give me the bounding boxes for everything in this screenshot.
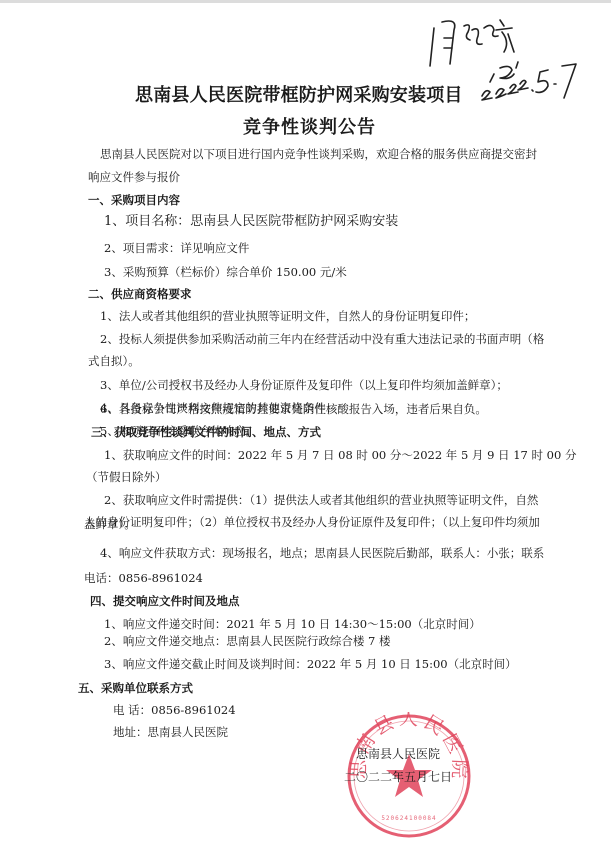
section-3-item-4: 4、响应文件获取方式：现场报名，地点；思南县人民医院后勤部，联系人：小张；联系: [100, 545, 544, 561]
contact-address: 地址：思南县人民医院: [113, 724, 228, 740]
section-2-item-2-cont: 式自拟）。: [88, 353, 140, 369]
section-3-item-4-cont: 电话：0856-8961024: [84, 570, 203, 586]
section-3-item-2: 2、获取响应文件时需提供：（1）提供法人或者其他组织的营业执照等证明文件，自然: [104, 492, 538, 508]
section-3-item-2-cont2: 盖鲜章）。: [84, 516, 136, 532]
intro-text-line-1: 思南县人民医院对以下项目进行国内竞争性谈判采购，欢迎合格的服务供应商提交密封: [100, 146, 537, 162]
section-1-item-2: 2、项目需求：详见响应文件: [104, 240, 249, 256]
section-3-heading: 三、获取竞争性谈判文件的时间、地点、方式: [91, 424, 321, 440]
document-title: 思南县人民医院带框防护网采购安装项目: [135, 81, 463, 107]
section-2-item-3: 3、单位/公司授权书及经办人身份证原件及复印件（以上复印件均须加盖鲜章）；: [100, 377, 508, 393]
section-4-item-1: 1、响应文件递交时间：2021 年 5 月 10 日 14:30～15:00（北…: [104, 616, 481, 632]
document-subtitle: 竞争性谈判公告: [243, 113, 376, 139]
section-3-item-2-cont: 人的身份证明复印件；（2）单位授权书及经办人身份证原件及复印件；（以上复印件均须…: [84, 514, 540, 530]
section-3-item-1: 1、获取响应文件的时间：2022 年 5 月 7 日 08 时 00 分～202…: [104, 447, 576, 463]
section-2-item-2: 2、投标人须提供参加采购活动前三年内在经营活动中没有重大违法记录的书面声明（格: [100, 331, 544, 347]
section-1-item-1: 1、项目名称：思南县人民医院带框防护网采购安装: [104, 214, 398, 230]
announcement-page: 思南县人民医院带框防护网采购安装项目 竞争性谈判公告 思南县人民医院对以下项目进…: [0, 0, 611, 863]
section-1-heading: 一、采购项目内容: [88, 192, 180, 208]
signature-date: 二〇二二年五月七日: [344, 768, 452, 785]
section-2-item-6: 6、各投标公司严格按照疫情防控要求凭阴性核酸报告入场，违者后果自负。: [100, 401, 487, 417]
signature-org: 思南县人民医院: [356, 745, 440, 762]
section-4-item-2: 2、响应文件递交地点：思南县人民医院行政综合楼 7 楼: [104, 633, 390, 649]
svg-text:520624100084: 520624100084: [381, 815, 436, 822]
section-2-item-1: 1、法人或者其他组织的营业执照等证明文件，自然人的身份证明复印件；: [100, 308, 475, 324]
contact-phone: 电 话：0856-8961024: [113, 702, 236, 718]
section-1-item-3: 3、采购预算（栏标价）综合单价 150.00 元/米: [104, 264, 347, 280]
section-4-heading: 四、提交响应文件时间及地点: [90, 593, 240, 609]
intro-text-line-2: 响应文件参与报价: [88, 169, 180, 185]
section-3-item-1-cont: （节假日除外）: [86, 469, 167, 485]
section-4-item-3: 3、响应文件递交截止时间及谈判时间：2022 年 5 月 10 日 15:00（…: [104, 656, 517, 672]
section-2-heading: 二、供应商资格要求: [88, 286, 192, 302]
section-5-heading: 五、采购单位联系方式: [78, 680, 193, 696]
